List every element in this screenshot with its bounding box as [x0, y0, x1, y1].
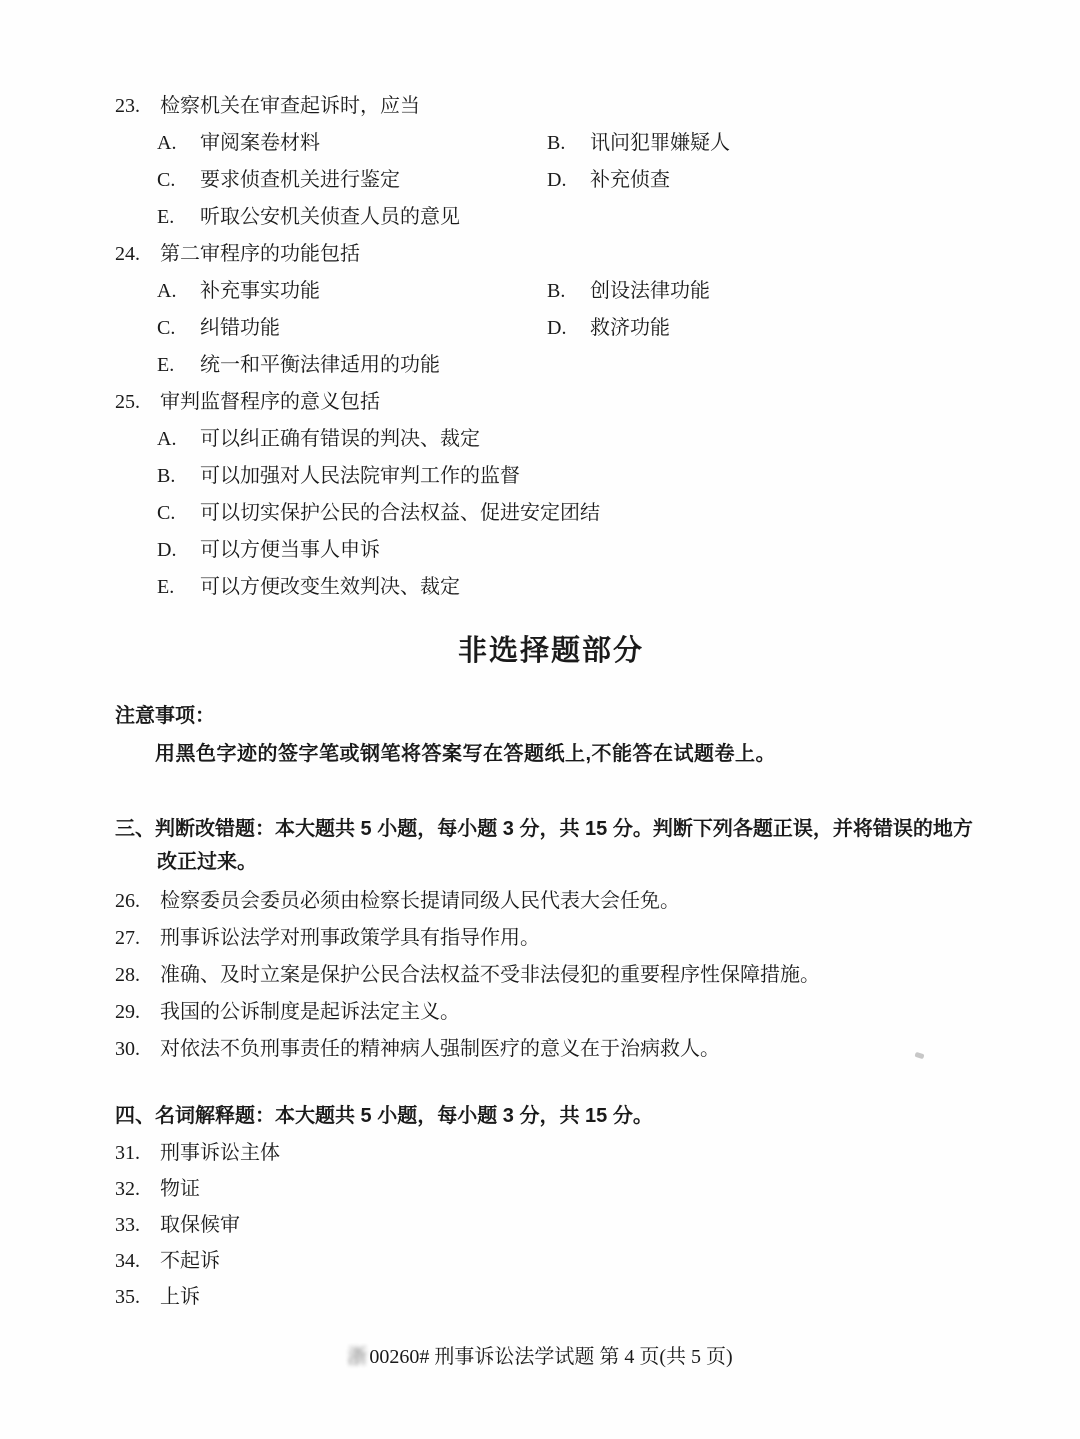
question-23: 23. 检察机关在审查起诉时，应当 A. 审阅案卷材料 B. 讯问犯罪嫌疑人 C… [115, 88, 987, 236]
item-34: 34. 不起诉 [115, 1243, 987, 1279]
question-25-option-c: C. 可以切实保护公民的合法权益、促进安定团结 [157, 495, 987, 532]
option-label: C. [157, 310, 200, 347]
question-23-option-a: A. 审阅案卷材料 [157, 125, 547, 162]
page-footer: 浙00260# 刑事诉讼法学试题 第 4 页(共 5 页) [0, 1342, 1080, 1372]
question-25-options: A. 可以纠正确有错误的判决、裁定 B. 可以加强对人民法院审判工作的监督 C.… [157, 421, 987, 606]
exam-page-scan: 23. 检察机关在审查起诉时，应当 A. 审阅案卷材料 B. 讯问犯罪嫌疑人 C… [0, 0, 1080, 1439]
item-number: 30. [115, 1031, 160, 1068]
option-text: 审阅案卷材料 [200, 125, 320, 162]
option-label: E. [157, 199, 200, 236]
option-label: A. [157, 421, 200, 458]
question-25-option-d: D. 可以方便当事人申诉 [157, 532, 987, 569]
question-23-options: A. 审阅案卷材料 B. 讯问犯罪嫌疑人 C. 要求侦查机关进行鉴定 D. 补充… [157, 125, 987, 236]
option-text: 可以方便当事人申诉 [200, 532, 380, 569]
option-text: 救济功能 [590, 310, 670, 347]
section-4-items: 31. 刑事诉讼主体 32. 物证 33. 取保候审 34. 不起诉 35. [115, 1135, 987, 1315]
question-24-option-b: B. 创设法律功能 [547, 273, 987, 310]
option-label: B. [547, 273, 590, 310]
item-text: 检察委员会委员必须由检察长提请同级人民代表大会任免。 [160, 883, 987, 920]
notice-title: 注意事项： [115, 698, 987, 735]
question-23-option-b: B. 讯问犯罪嫌疑人 [547, 125, 987, 162]
option-label: C. [157, 495, 200, 532]
item-text: 我国的公诉制度是起诉法定主义。 [160, 994, 987, 1031]
item-27: 27. 刑事诉讼法学对刑事政策学具有指导作用。 [115, 920, 987, 957]
option-text: 要求侦查机关进行鉴定 [200, 162, 400, 199]
question-25-option-b: B. 可以加强对人民法院审判工作的监督 [157, 458, 987, 495]
item-30: 30. 对依法不负刑事责任的精神病人强制医疗的意义在于治病救人。 [115, 1031, 987, 1068]
item-text: 准确、及时立案是保护公民合法权益不受非法侵犯的重要程序性保障措施。 [160, 957, 987, 994]
option-text: 可以纠正确有错误的判决、裁定 [200, 421, 480, 458]
question-25-text: 审判监督程序的意义包括 [160, 384, 987, 421]
item-number: 32. [115, 1171, 160, 1207]
item-number: 35. [115, 1279, 160, 1315]
option-label: C. [157, 162, 200, 199]
section-3-heading: 三、判断改错题：本大题共 5 小题，每小题 3 分，共 15 分。判断下列各题正… [115, 813, 987, 879]
option-text: 听取公安机关侦查人员的意见 [200, 199, 460, 236]
page-content: 23. 检察机关在审查起诉时，应当 A. 审阅案卷材料 B. 讯问犯罪嫌疑人 C… [115, 88, 987, 1315]
question-23-option-e: E. 听取公安机关侦查人员的意见 [157, 199, 987, 236]
item-28: 28. 准确、及时立案是保护公民合法权益不受非法侵犯的重要程序性保障措施。 [115, 957, 987, 994]
item-26: 26. 检察委员会委员必须由检察长提请同级人民代表大会任免。 [115, 883, 987, 920]
question-25-number: 25. [115, 384, 160, 421]
notice-instruction: 用黑色字迹的签字笔或钢笔将答案写在答题纸上,不能答在试题卷上。 [155, 735, 987, 773]
section-judgment-correction: 三、判断改错题：本大题共 5 小题，每小题 3 分，共 15 分。判断下列各题正… [115, 813, 987, 1068]
item-text: 上诉 [160, 1279, 987, 1315]
part-title: 非选择题部分 [115, 630, 987, 672]
item-text: 对依法不负刑事责任的精神病人强制医疗的意义在于治病救人。 [160, 1031, 987, 1068]
notice-block: 注意事项： 用黑色字迹的签字笔或钢笔将答案写在答题纸上,不能答在试题卷上。 [115, 698, 987, 773]
option-text: 可以方便改变生效判决、裁定 [200, 569, 460, 606]
question-23-text: 检察机关在审查起诉时，应当 [160, 88, 987, 125]
item-text: 刑事诉讼主体 [160, 1135, 987, 1171]
option-label: E. [157, 347, 200, 384]
item-number: 31. [115, 1135, 160, 1171]
question-24-option-d: D. 救济功能 [547, 310, 987, 347]
option-text: 讯问犯罪嫌疑人 [590, 125, 730, 162]
option-label: B. [157, 458, 200, 495]
question-24-text: 第二审程序的功能包括 [160, 236, 987, 273]
item-number: 28. [115, 957, 160, 994]
option-text: 补充侦查 [590, 162, 670, 199]
item-number: 26. [115, 883, 160, 920]
option-label: B. [547, 125, 590, 162]
question-24-option-a: A. 补充事实功能 [157, 273, 547, 310]
item-text: 不起诉 [160, 1243, 987, 1279]
item-text: 刑事诉讼法学对刑事政策学具有指导作用。 [160, 920, 987, 957]
option-text: 可以加强对人民法院审判工作的监督 [200, 458, 520, 495]
item-number: 29. [115, 994, 160, 1031]
question-23-option-d: D. 补充侦查 [547, 162, 987, 199]
option-text: 补充事实功能 [200, 273, 320, 310]
question-24-options: A. 补充事实功能 B. 创设法律功能 C. 纠错功能 D. 救济功能 E. [157, 273, 987, 384]
item-number: 34. [115, 1243, 160, 1279]
section-4-heading: 四、名词解释题：本大题共 5 小题，每小题 3 分，共 15 分。 [115, 1098, 987, 1135]
question-24-number: 24. [115, 236, 160, 273]
footer-blurred-stamp: 浙 [347, 1342, 367, 1372]
question-25-option-e: E. 可以方便改变生效判决、裁定 [157, 569, 987, 606]
question-25-option-a: A. 可以纠正确有错误的判决、裁定 [157, 421, 987, 458]
question-23-number: 23. [115, 88, 160, 125]
option-label: E. [157, 569, 200, 606]
item-number: 33. [115, 1207, 160, 1243]
question-24-option-c: C. 纠错功能 [157, 310, 547, 347]
section-term-definition: 四、名词解释题：本大题共 5 小题，每小题 3 分，共 15 分。 31. 刑事… [115, 1098, 987, 1315]
item-32: 32. 物证 [115, 1171, 987, 1207]
item-text: 取保候审 [160, 1207, 987, 1243]
item-31: 31. 刑事诉讼主体 [115, 1135, 987, 1171]
footer-text: 00260# 刑事诉讼法学试题 第 4 页(共 5 页) [369, 1346, 732, 1368]
option-label: D. [157, 532, 200, 569]
question-23-option-c: C. 要求侦查机关进行鉴定 [157, 162, 547, 199]
option-label: D. [547, 162, 590, 199]
question-25-head: 25. 审判监督程序的意义包括 [115, 384, 987, 421]
item-35: 35. 上诉 [115, 1279, 987, 1315]
question-23-head: 23. 检察机关在审查起诉时，应当 [115, 88, 987, 125]
question-25: 25. 审判监督程序的意义包括 A. 可以纠正确有错误的判决、裁定 B. 可以加… [115, 384, 987, 606]
option-label: A. [157, 125, 200, 162]
question-24: 24. 第二审程序的功能包括 A. 补充事实功能 B. 创设法律功能 C. 纠错… [115, 236, 987, 384]
option-text: 可以切实保护公民的合法权益、促进安定团结 [200, 495, 600, 532]
section-3-items: 26. 检察委员会委员必须由检察长提请同级人民代表大会任免。 27. 刑事诉讼法… [115, 883, 987, 1068]
item-number: 27. [115, 920, 160, 957]
option-label: A. [157, 273, 200, 310]
question-24-option-e: E. 统一和平衡法律适用的功能 [157, 347, 987, 384]
option-text: 统一和平衡法律适用的功能 [200, 347, 440, 384]
item-text: 物证 [160, 1171, 987, 1207]
option-label: D. [547, 310, 590, 347]
question-24-head: 24. 第二审程序的功能包括 [115, 236, 987, 273]
option-text: 纠错功能 [200, 310, 280, 347]
item-29: 29. 我国的公诉制度是起诉法定主义。 [115, 994, 987, 1031]
item-33: 33. 取保候审 [115, 1207, 987, 1243]
option-text: 创设法律功能 [590, 273, 710, 310]
